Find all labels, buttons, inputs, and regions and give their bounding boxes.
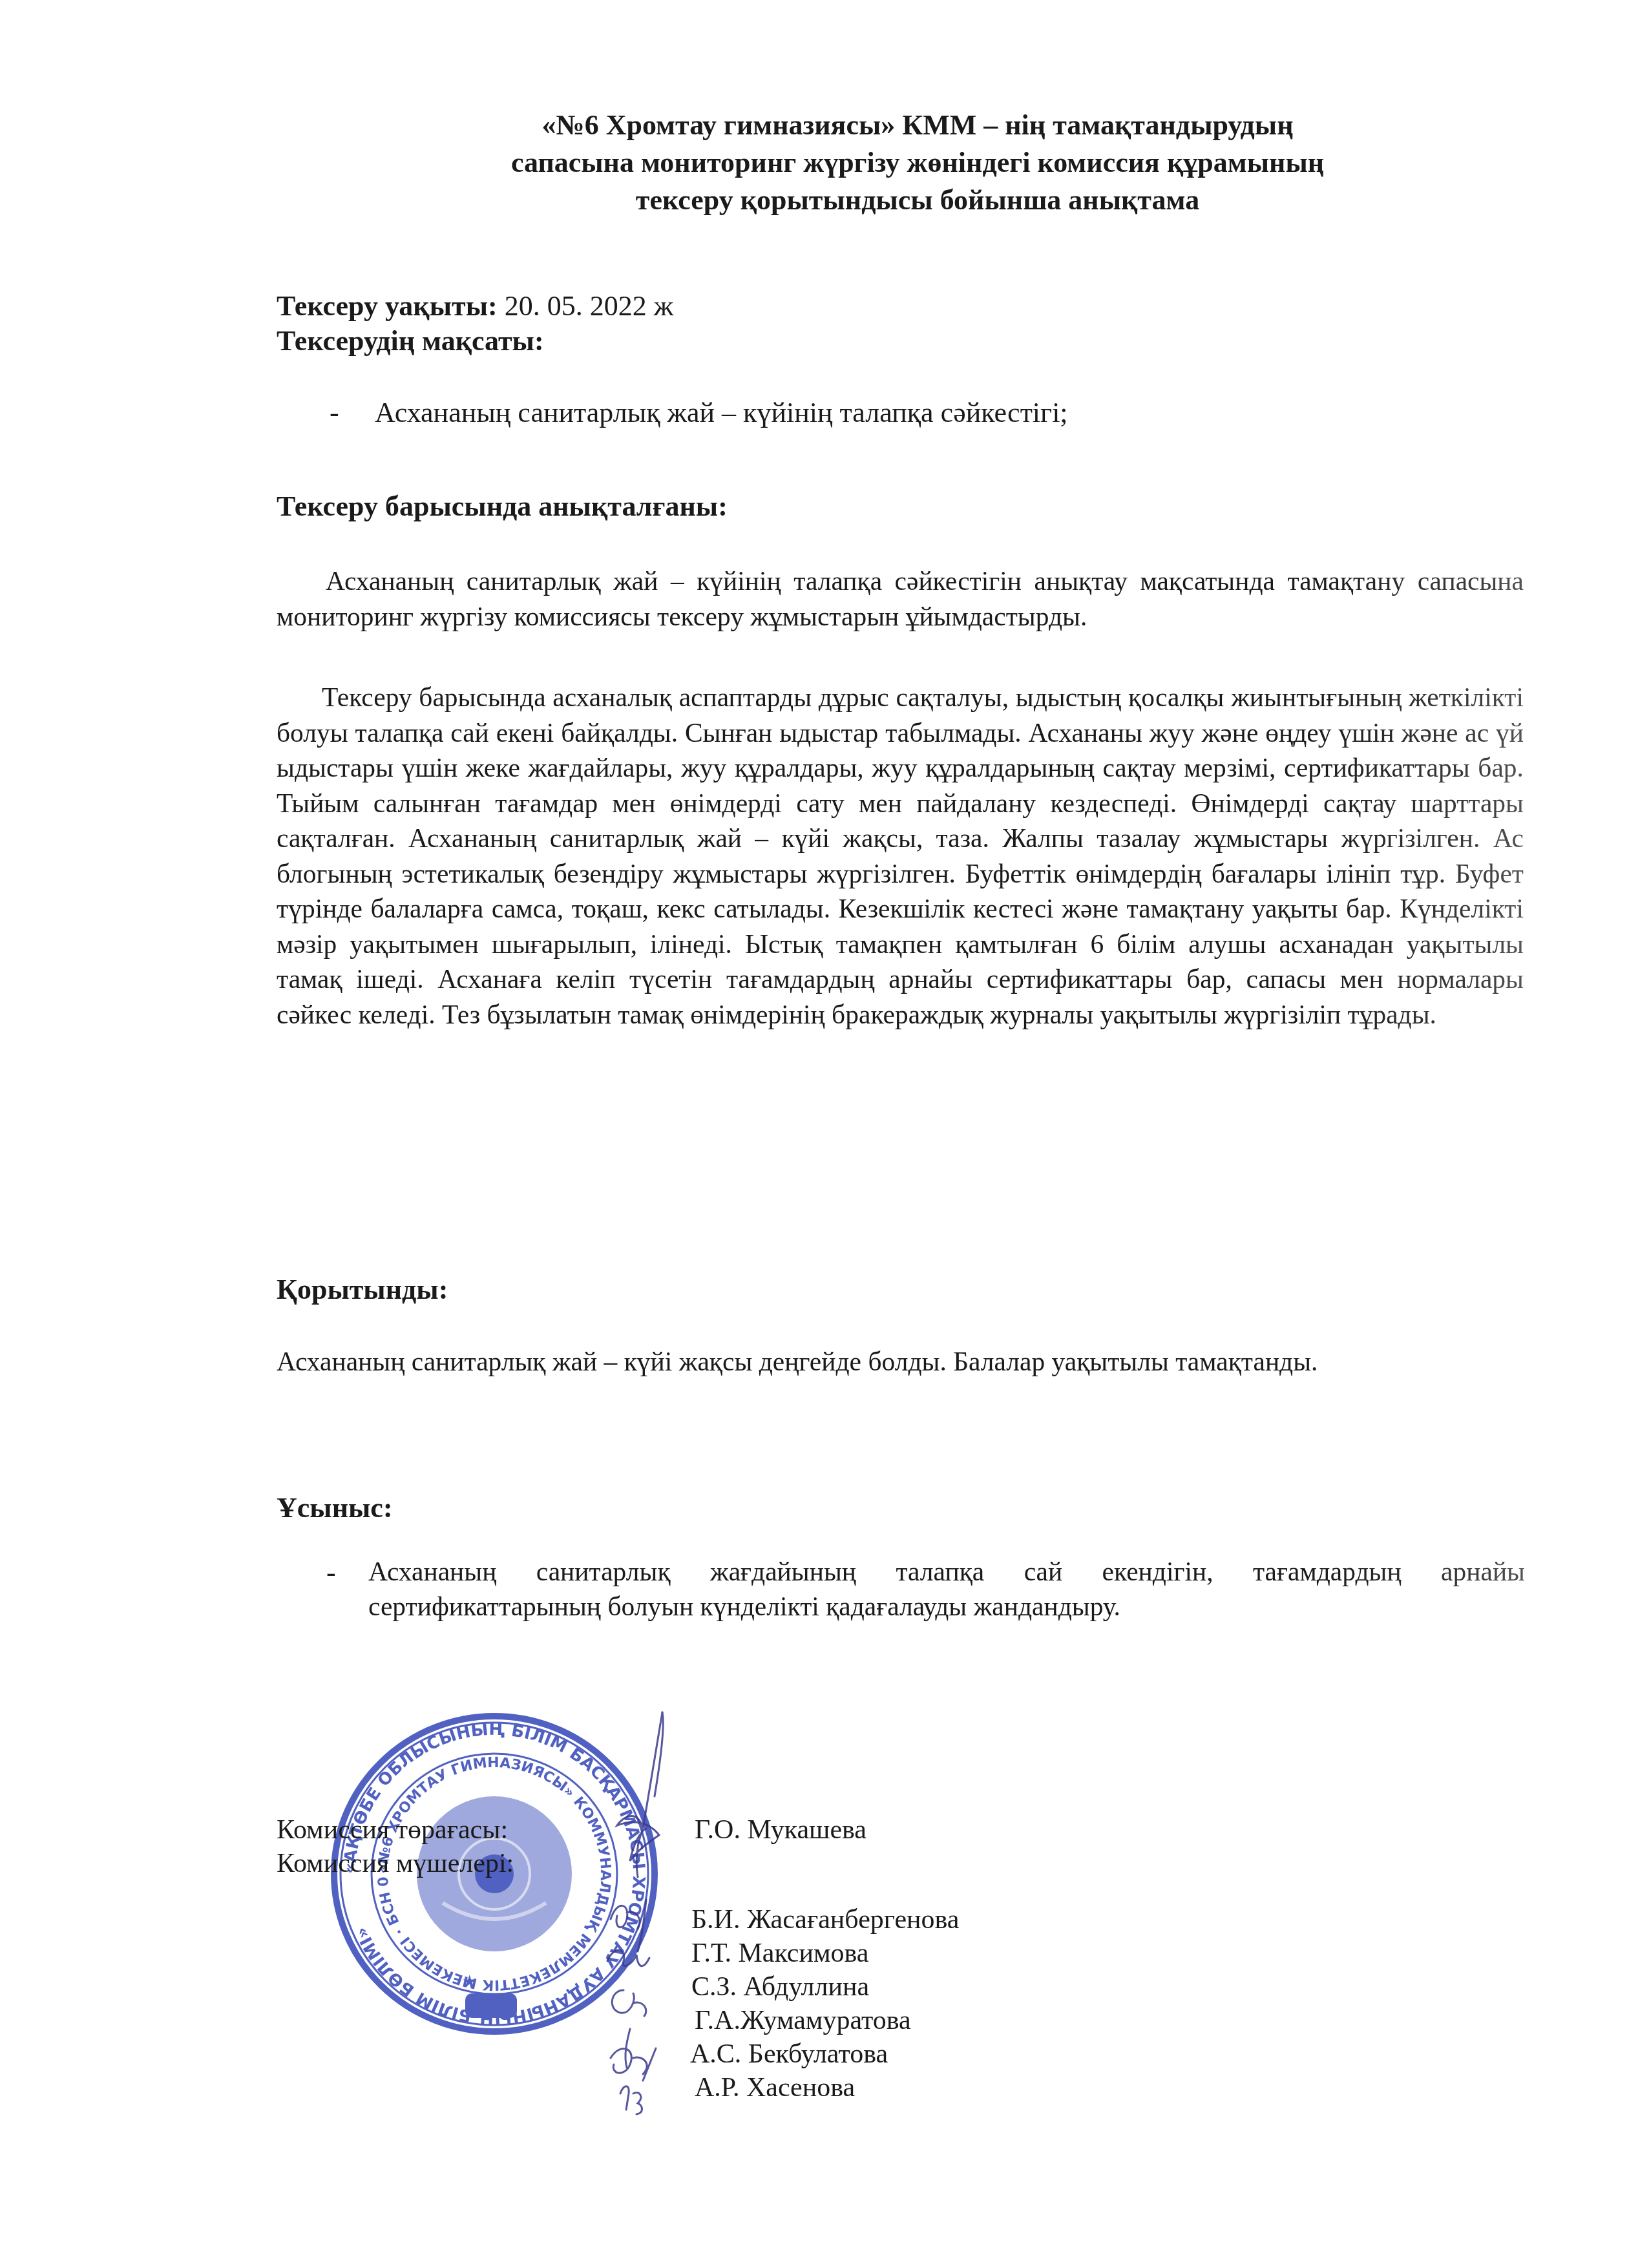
bullet-dash-icon: - <box>330 394 339 432</box>
purpose-item-text: Асхананың санитарлық жай – күйінің талап… <box>375 394 1068 432</box>
member-name: Г.Т. Максимова <box>691 1937 868 1970</box>
members-label: Комиссия мүшелері: <box>277 1847 514 1880</box>
chair-name: Г.О. Мукашева <box>695 1813 867 1847</box>
document-page: «№6 Хромтау гимназиясы» КММ – нің тамақт… <box>0 0 1649 2268</box>
findings-paragraph: Тексеру барысында асханалық аспаптарды д… <box>277 680 1524 1032</box>
scan-fade-overlay <box>1313 0 1649 2268</box>
findings-label: Тексеру барысында анықталғаны: <box>277 490 728 523</box>
document-title: «№6 Хромтау гимназиясы» КММ – нің тамақт… <box>362 107 1473 219</box>
svg-text:★: ★ <box>462 1972 477 1991</box>
findings-paragraph: Асхананың санитарлық жай – күйінің талап… <box>277 563 1524 634</box>
inspection-date-label: Тексеру уақыты: <box>277 290 498 322</box>
member-name: Б.И. Жасағанбергенова <box>691 1903 959 1937</box>
title-line: сапасына мониторинг жүргізу жөніндегі ко… <box>362 144 1473 182</box>
member-name: А.С. Бекбулатова <box>690 2037 888 2071</box>
title-line: тексеру қорытындысы бойынша анықтама <box>362 182 1473 219</box>
inspection-date-line: Тексеру уақыты: 20. 05. 2022 ж <box>277 289 673 323</box>
member-name: А.Р. Хасенова <box>695 2071 855 2105</box>
conclusion-label: Қорытынды: <box>277 1273 448 1307</box>
conclusion-text: Асхананың санитарлық жай – күйі жақсы де… <box>277 1344 1524 1380</box>
purpose-label: Тексерудің мақсаты: <box>277 324 544 358</box>
signatures-handwritten-icon <box>598 1706 695 2119</box>
chair-label: Комиссия төрағасы: <box>277 1813 508 1847</box>
member-name: С.З. Абдуллина <box>691 1970 869 2004</box>
bullet-dash-icon: - <box>326 1554 336 1591</box>
recommendation-item-text: Асхананың санитарлық жағдайының талапқа … <box>368 1554 1525 1624</box>
recommendation-label: Ұсыныс: <box>277 1491 393 1525</box>
title-line: «№6 Хромтау гимназиясы» КММ – нің тамақт… <box>362 107 1473 144</box>
member-name: Г.А.Жумамуратова <box>695 2004 911 2037</box>
inspection-date-value: 20. 05. 2022 ж <box>498 290 673 322</box>
